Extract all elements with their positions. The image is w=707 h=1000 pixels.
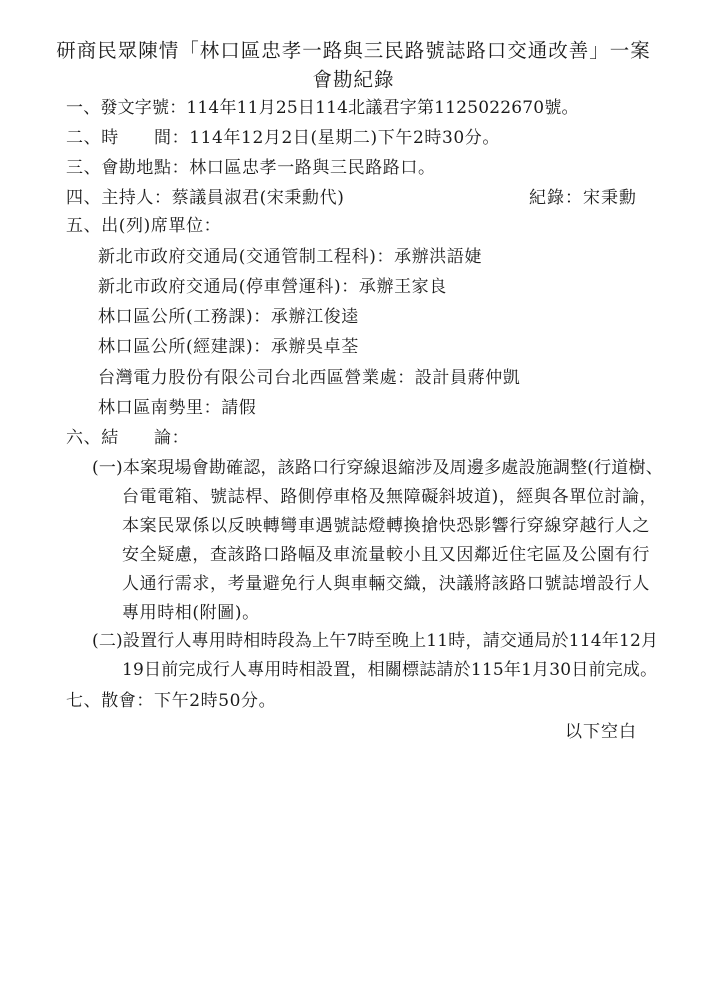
attendee-item: 林口區公所(經建課)：承辦吳卓荃 xyxy=(98,336,359,358)
conclusion-line: 人通行需求，考量避免行人與車輛交織，決議將該路口號誌增設行人 xyxy=(122,573,650,595)
attendee-item: 新北市政府交通局(停車營運科)：承辦王家良 xyxy=(98,276,447,298)
conclusion-line: 台電電箱、號誌桿、路側停車格及無障礙斜坡道)，經與各單位討論， xyxy=(122,486,657,508)
attendee-item: 林口區公所(工務課)：承辦江俊逵 xyxy=(98,306,359,328)
conclusion-line: 本案民眾係以反映轉彎車遇號誌燈轉換搶快恐影響行穿線穿越行人之 xyxy=(122,515,650,537)
item-adjourn: 七、散會：下午2時50分。 xyxy=(66,690,276,712)
item-attendees-heading: 五、出(列)席單位： xyxy=(66,215,221,237)
document-title: 研商民眾陳情「林口區忠孝一路與三民路號誌路口交通改善」一案 xyxy=(0,38,707,64)
item-meeting-time: 二、時 間：114年12月2日(星期二)下午2時30分。 xyxy=(66,127,500,149)
document-subtitle: 會勘紀錄 xyxy=(0,67,707,93)
conclusion-line: (一)本案現場會勘確認，該路口行穿線退縮涉及周邊多處設施調整(行道樹、 xyxy=(92,457,663,479)
meeting-record-page: 研商民眾陳情「林口區忠孝一路與三民路號誌路口交通改善」一案 會勘紀錄 一、發文字… xyxy=(0,0,707,1000)
attendee-item: 林口區南勢里：請假 xyxy=(98,397,256,419)
item-dispatch-number: 一、發文字號：114年11月25日114北議君字第1125022670號。 xyxy=(66,97,579,119)
item-host: 四、主持人：蔡議員淑君(宋秉勳代) xyxy=(66,187,344,209)
conclusion-line: 安全疑慮，查該路口路幅及車流量較小且又因鄰近住宅區及公園有行 xyxy=(122,544,650,566)
conclusion-line: 專用時相(附圖)。 xyxy=(122,602,260,624)
item-meeting-location: 三、會勘地點：林口區忠孝一路與三民路路口。 xyxy=(66,157,436,179)
end-note: 以下空白 xyxy=(565,721,637,743)
attendee-item: 新北市政府交通局(交通管制工程科)：承辦洪語婕 xyxy=(98,246,482,268)
item-conclusion-heading: 六、結 論： xyxy=(66,427,189,449)
conclusion-line: 19日前完成行人專用時相設置，相關標誌請於115年1月30日前完成。 xyxy=(122,659,657,681)
item-recorder: 紀錄：宋秉勳 xyxy=(529,187,637,209)
conclusion-line: (二)設置行人專用時相時段為上午7時至晚上11時，請交通局於114年12月 xyxy=(92,630,658,652)
attendee-item: 台灣電力股份有限公司台北西區營業處：設計員蔣仲凱 xyxy=(98,367,520,389)
